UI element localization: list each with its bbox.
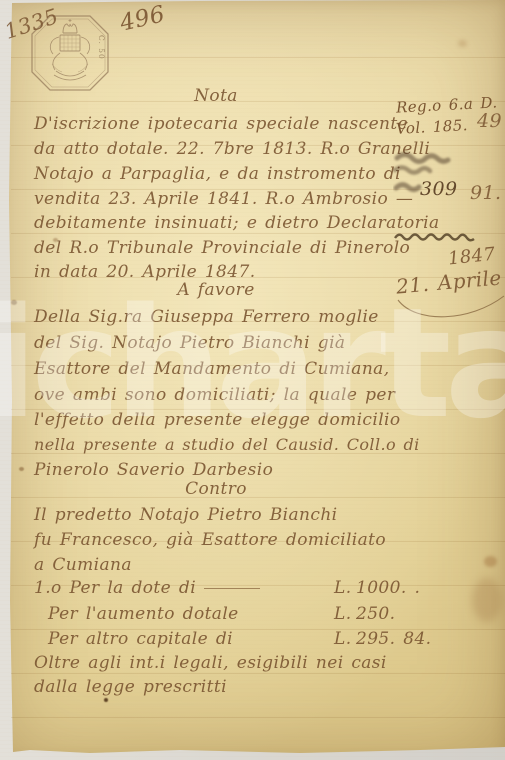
body-line: Oltre agli int.i legali, esigibili nei c… xyxy=(34,653,398,673)
scanned-manuscript-page: { "annotations": { "number_top_left": "1… xyxy=(0,0,505,760)
stamp-value-text: C. 50 xyxy=(97,35,106,60)
body-line: D'iscrizione ipotecaria speciale nascent… xyxy=(34,114,398,134)
body-line: debitamente insinuati; e dietro Declarat… xyxy=(34,213,398,233)
body-line: fu Francesco, già Esattore domiciliato xyxy=(34,530,398,550)
body-line: da atto dotale. 22. 7bre 1813. R.o Grane… xyxy=(34,139,398,159)
amount-value: 295. 84. xyxy=(356,629,432,649)
body-line: Notajo a Parpaglia, e da instromento di xyxy=(34,164,398,184)
amount-value: 1000. . xyxy=(356,578,420,598)
currency: L. xyxy=(334,629,352,649)
cutoff-number-fragment: 49 xyxy=(477,110,502,132)
body-line: l'effetto della presente elegge domicili… xyxy=(34,410,398,430)
currency: L. xyxy=(334,604,352,624)
registry-number-309: 309 xyxy=(420,178,457,200)
body-line: del Sig. Notajo Pietro Bianchi già xyxy=(34,333,398,353)
heading-contro: Contro xyxy=(34,479,428,499)
currency: L. xyxy=(334,578,352,598)
body-line: ove ambi sono domiciliati; la quale per xyxy=(34,385,398,405)
amount-label: Per altro capitale di xyxy=(48,629,233,649)
body-line: Esattore del Mandamento di Cumiana, xyxy=(34,359,398,379)
registry-line: Vol. 185. xyxy=(396,116,469,138)
body-line: Pinerolo Saverio Darbesio xyxy=(34,460,398,480)
amount-label: 1.o Per la dote di xyxy=(34,578,268,598)
amount-label: Per l'aumento dotale xyxy=(48,604,239,624)
body-line: Della Sig.ra Giuseppa Ferrero moglie xyxy=(34,307,398,327)
body-line: vendita 23. Aprile 1841. R.o Ambrosio — xyxy=(34,189,398,209)
body-line: Il predetto Notajo Pietro Bianchi xyxy=(34,505,398,525)
cutoff-number-fragment: 91. xyxy=(470,182,501,204)
fill-dash xyxy=(204,588,260,589)
body-line: in data 20. Aprile 1847. xyxy=(34,262,398,282)
body-line: dalla legge prescritti xyxy=(34,677,398,697)
body-line: a Cumiana xyxy=(34,555,398,575)
body-line: nella presente a studio del Causid. Coll… xyxy=(34,435,398,454)
heading-nota: Nota xyxy=(34,86,398,106)
amount-value: 250. xyxy=(356,604,395,624)
body-line: del R.o Tribunale Provinciale di Pinerol… xyxy=(34,238,398,258)
date-flourish xyxy=(392,288,505,333)
